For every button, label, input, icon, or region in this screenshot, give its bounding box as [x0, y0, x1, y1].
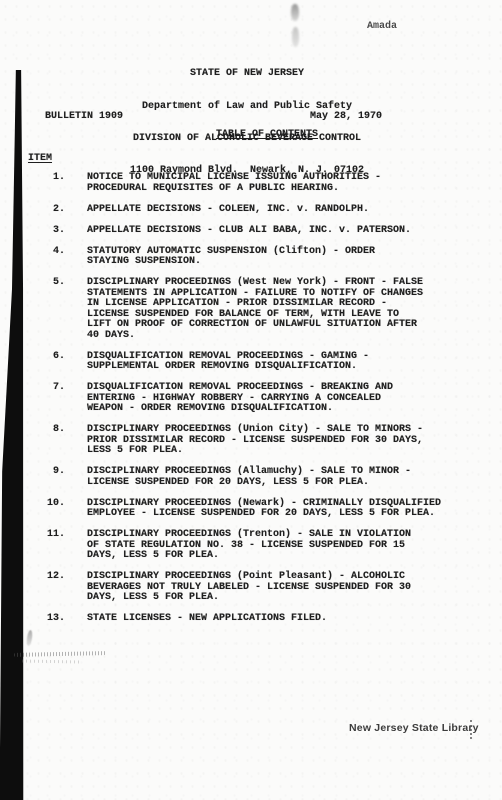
bulletin-number: BULLETIN 1909	[45, 112, 123, 123]
toc-item-text: DISQUALIFICATION REMOVAL PROCEEDINGS - G…	[87, 352, 369, 373]
toc-item-number: 10.	[20, 499, 65, 510]
toc-item: 6. DISQUALIFICATION REMOVAL PROCEEDINGS …	[0, 352, 502, 373]
toc-item-number: 8.	[20, 425, 65, 436]
scan-speckle-streak	[14, 651, 106, 657]
toc-item-text: STATE LICENSES - NEW APPLICATIONS FILED.	[87, 614, 327, 625]
toc-item-text: DISCIPLINARY PROCEEDINGS (Union City) - …	[87, 425, 423, 457]
toc-item-text: DISCIPLINARY PROCEEDINGS (Trenton) - SAL…	[87, 530, 411, 562]
toc-item-number: 4.	[20, 247, 65, 258]
toc-item-text: NOTICE TO MUNICIPAL LICENSE ISSUING AUTH…	[87, 173, 381, 194]
toc-item: 1. NOTICE TO MUNICIPAL LICENSE ISSUING A…	[0, 173, 502, 194]
toc-item-number: 13.	[20, 614, 65, 625]
scan-speckle-streak	[22, 659, 80, 663]
toc-item-number: 9.	[20, 467, 65, 478]
handwritten-annotation: Amada	[367, 22, 397, 33]
toc-item-text: DISQUALIFICATION REMOVAL PROCEEDINGS - B…	[87, 383, 393, 415]
toc-item-text: DISCIPLINARY PROCEEDINGS (Allamuchy) - S…	[87, 467, 411, 488]
toc-item-number: 12.	[20, 572, 65, 583]
ink-smudge	[291, 4, 299, 21]
toc-item-text: STATUTORY AUTOMATIC SUSPENSION (Clifton)…	[87, 247, 375, 268]
toc-item: 3. APPELLATE DECISIONS - CLUB ALI BABA, …	[0, 226, 502, 237]
letterhead-line-state: STATE OF NEW JERSEY	[0, 69, 494, 80]
toc-item-number: 1.	[20, 173, 65, 184]
toc-item: 11. DISCIPLINARY PROCEEDINGS (Trenton) -…	[0, 530, 502, 562]
toc-column-header: ITEM	[28, 154, 52, 165]
ink-smudge	[292, 27, 299, 47]
toc-item: 5. DISCIPLINARY PROCEEDINGS (West New Yo…	[0, 278, 502, 341]
toc-item: 2. APPELLATE DECISIONS - COLEEN, INC. v.…	[0, 205, 502, 216]
scanned-document-page: Amada STATE OF NEW JERSEY Department of …	[0, 0, 502, 800]
toc-item: 10. DISCIPLINARY PROCEEDINGS (Newark) - …	[0, 499, 502, 520]
toc-item-number: 5.	[20, 278, 65, 289]
toc-item-text: APPELLATE DECISIONS - COLEEN, INC. v. RA…	[87, 205, 369, 216]
toc-list: 1. NOTICE TO MUNICIPAL LICENSE ISSUING A…	[0, 173, 502, 635]
toc-item: 4. STATUTORY AUTOMATIC SUSPENSION (Clift…	[0, 247, 502, 268]
toc-item-number: 2.	[20, 205, 65, 216]
toc-item-number: 3.	[20, 226, 65, 237]
toc-item-number: 11.	[20, 530, 65, 541]
toc-item: 9. DISCIPLINARY PROCEEDINGS (Allamuchy) …	[0, 467, 502, 488]
library-stamp: New Jersey State Library	[349, 722, 479, 734]
toc-item-number: 6.	[20, 352, 65, 363]
toc-item-text: DISCIPLINARY PROCEEDINGS (West New York)…	[87, 278, 423, 341]
toc-item-text: DISCIPLINARY PROCEEDINGS (Point Pleasant…	[87, 572, 411, 604]
scan-tick-mark	[470, 720, 472, 739]
toc-item-number: 7.	[20, 383, 65, 394]
toc-item: 7. DISQUALIFICATION REMOVAL PROCEEDINGS …	[0, 383, 502, 415]
bulletin-date: May 28, 1970	[310, 112, 382, 123]
toc-item: 12. DISCIPLINARY PROCEEDINGS (Point Plea…	[0, 572, 502, 604]
toc-title: TABLE OF CONTENTS	[216, 130, 318, 141]
toc-item-text: DISCIPLINARY PROCEEDINGS (Newark) - CRIM…	[87, 499, 441, 520]
toc-item-text: APPELLATE DECISIONS - CLUB ALI BABA, INC…	[87, 226, 411, 237]
toc-item: 8. DISCIPLINARY PROCEEDINGS (Union City)…	[0, 425, 502, 457]
toc-item: 13. STATE LICENSES - NEW APPLICATIONS FI…	[0, 614, 502, 625]
